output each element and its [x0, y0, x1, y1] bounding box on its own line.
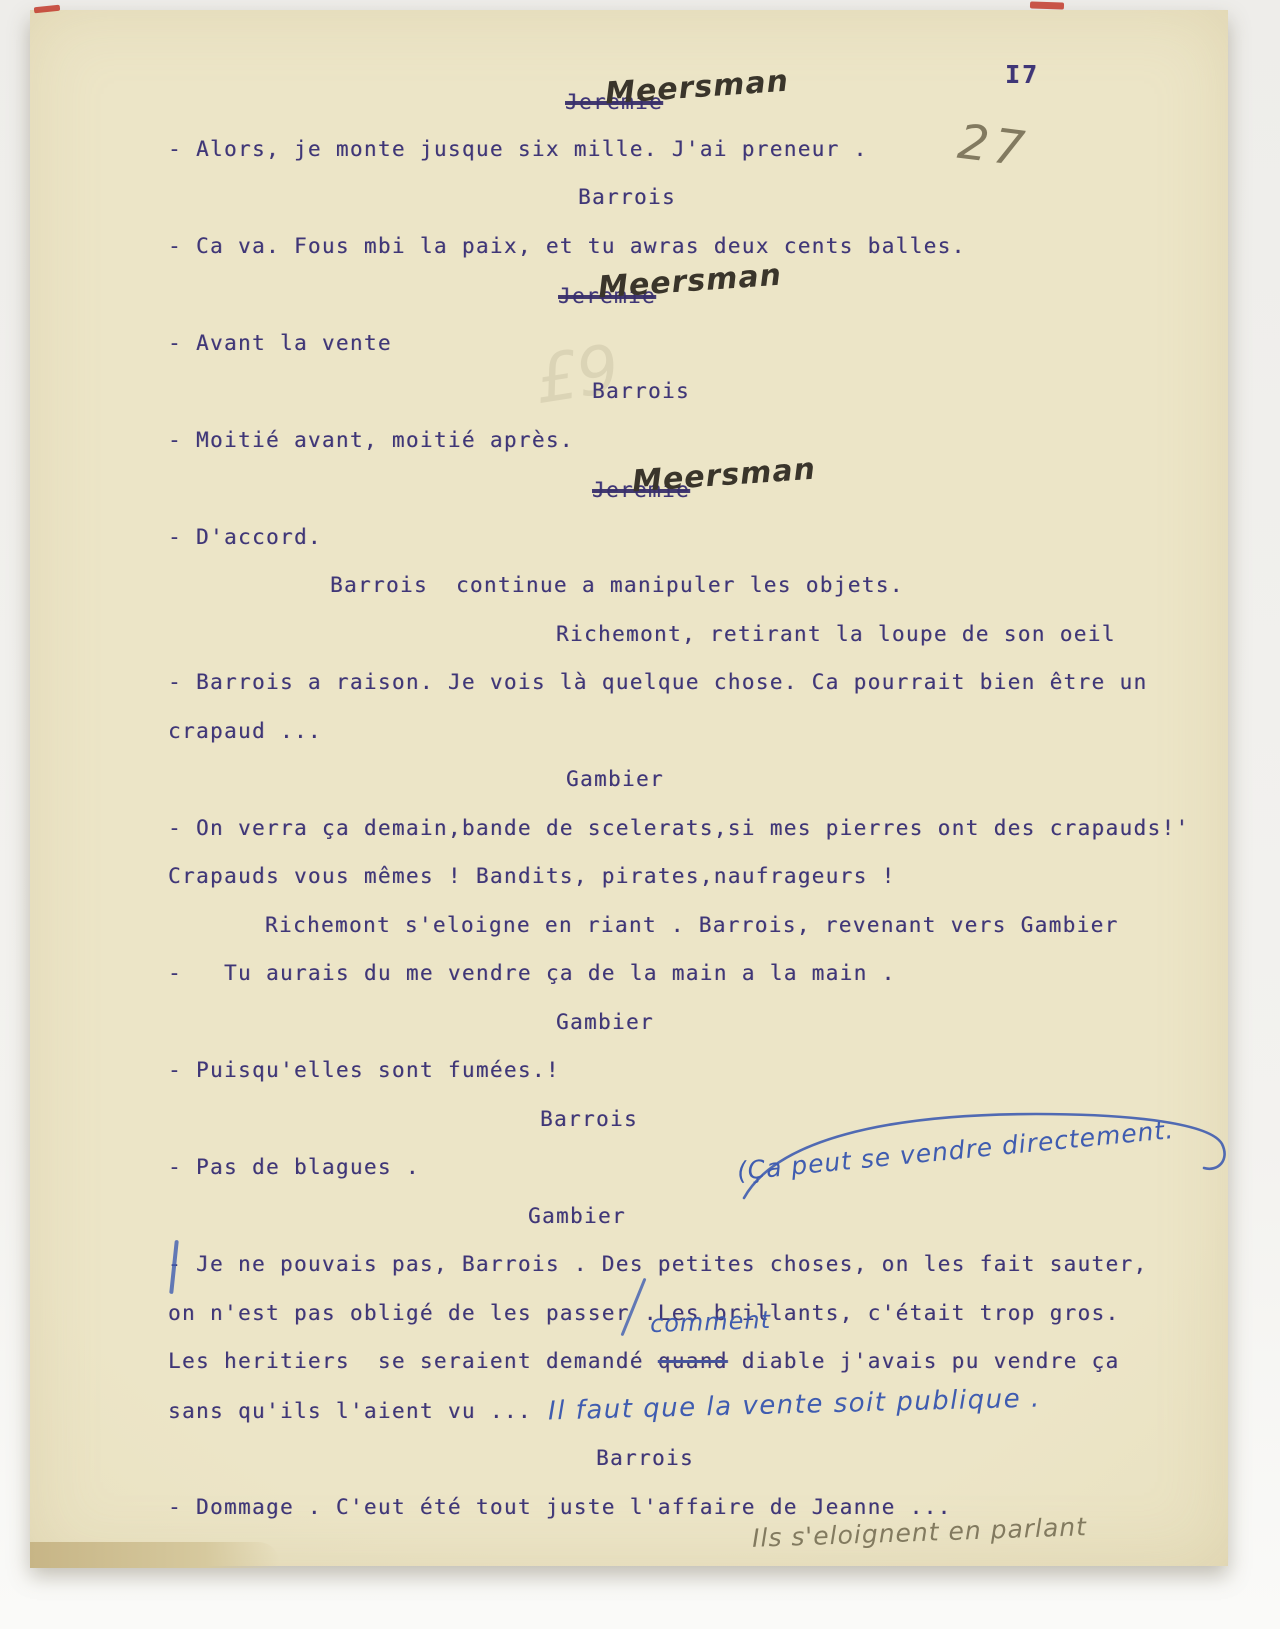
script-line-dialogue: - Puisqu'elles sont fumées.! — [168, 1046, 1228, 1095]
line-text: sans qu'ils l'aient vu ... — [168, 1399, 532, 1423]
script-line-dialogue: - Avant la vente — [168, 319, 1228, 368]
script-line-heading: Gambier — [168, 998, 1228, 1047]
script-line-stage: Richemont, retirant la loupe de son oeil — [168, 610, 1228, 659]
script-line-dialogue: - Alors, je monte jusque six mille. J'ai… — [168, 125, 1228, 174]
script-line-dialogue: Les heritiers se seraient demandé quand … — [168, 1337, 1228, 1386]
line-text: Les heritiers se seraient demandé — [168, 1349, 658, 1373]
script-line-dialogue: crapaud ... — [168, 707, 1228, 756]
handwritten-speaker-name: Meersman — [603, 58, 790, 119]
line-text: diable j'avais pu vendre ça — [728, 1349, 1120, 1373]
script-line-dialogue: - Tu aurais du me vendre ça de la main a… — [168, 949, 1228, 998]
script-line-heading: Gambier — [168, 755, 1228, 804]
script-line-stage: Barrois continue a manipuler les objets. — [168, 561, 1228, 610]
red-edge-mark — [1030, 1, 1064, 9]
script-line-dialogue: - Barrois a raison. Je vois là quelque c… — [168, 658, 1228, 707]
script-line-speaker-crossed: JeremieMeersman — [168, 464, 1228, 513]
blue-ink-correction-word: comment — [650, 1306, 772, 1338]
script-line-stage: Richemont s'eloigne en riant . Barrois, … — [168, 901, 1228, 950]
red-edge-mark — [34, 5, 60, 14]
document-page: I7 27 £9 JeremieMeersman- Alors, je mont… — [30, 10, 1228, 1566]
script-line-heading: Barrois — [168, 367, 1228, 416]
script-line-dialogue: sans qu'ils l'aient vu ...Il faut que la… — [168, 1386, 1228, 1435]
torn-paper-corner — [30, 1542, 280, 1568]
script-line-dialogue: - On verra ça demain,bande de scelerats,… — [168, 804, 1228, 853]
script-line-dialogue: - D'accord. — [168, 513, 1228, 562]
script-line-heading: Barrois — [168, 1434, 1228, 1483]
script-line-heading: Barrois — [168, 173, 1228, 222]
struck-out-word: quand — [658, 1349, 728, 1373]
script-line-dialogue: Crapauds vous mêmes ! Bandits, pirates,n… — [168, 852, 1228, 901]
script-line-speaker-crossed: JeremieMeersman — [168, 270, 1228, 319]
script-line-dialogue: - Je ne pouvais pas, Barrois . Des petit… — [168, 1240, 1228, 1289]
script-line-speaker-crossed: JeremieMeersman — [168, 76, 1228, 125]
